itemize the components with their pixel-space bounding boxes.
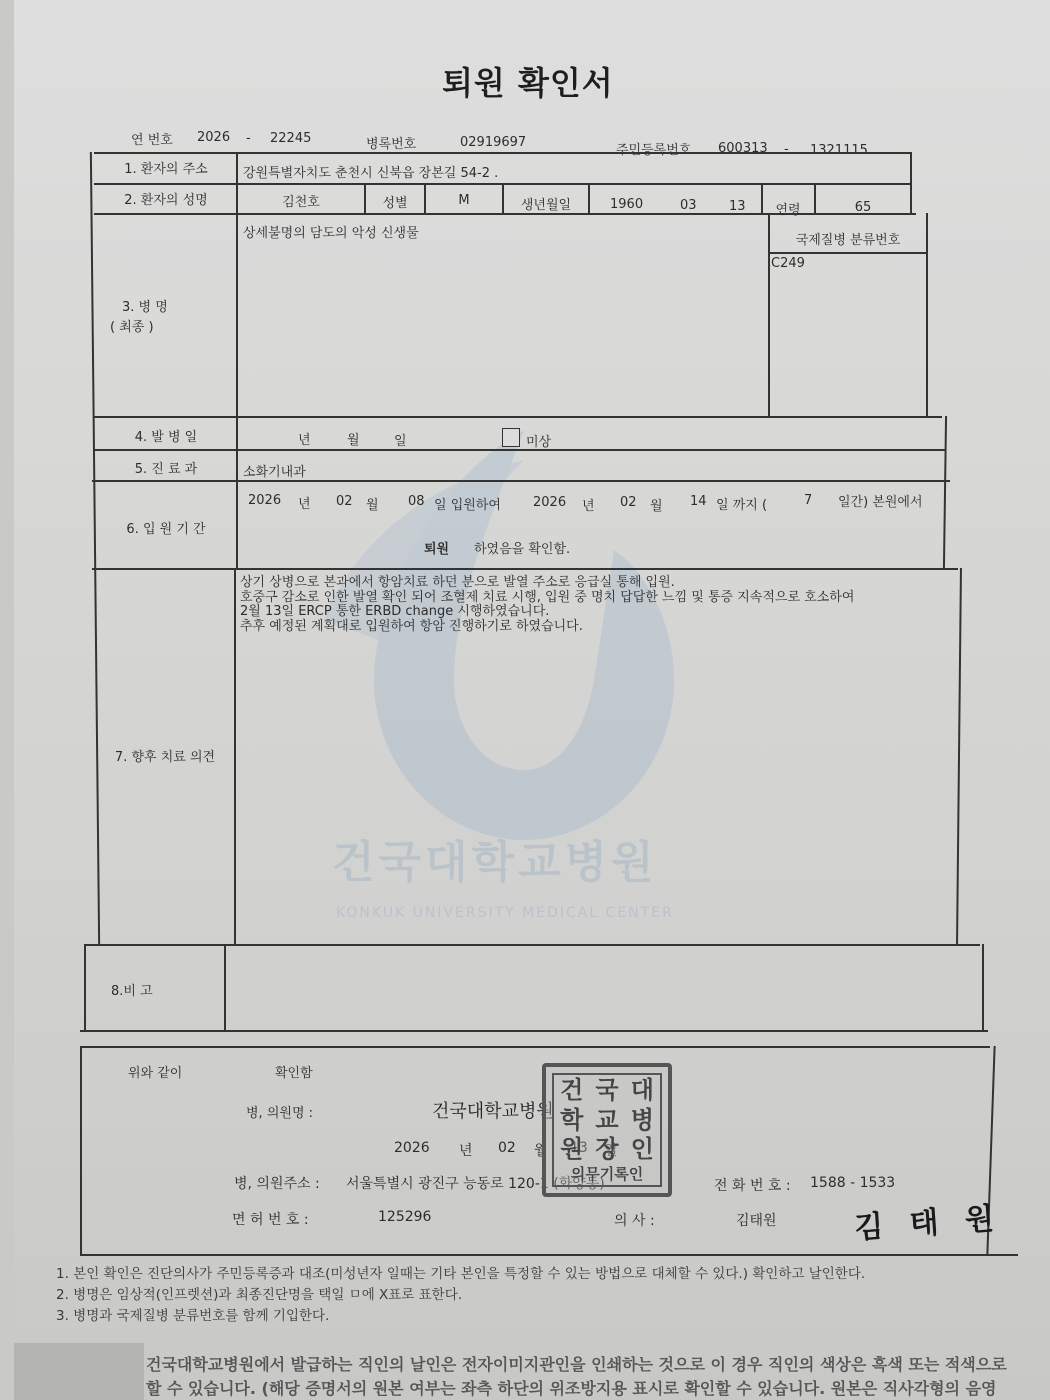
address-value: 강원특별자치도 춘천시 신북읍 장본길 54-2 . [243, 162, 498, 181]
address-label: 1. 환자의 주소 [96, 158, 236, 177]
remarks-label: 8.비 고 [111, 980, 153, 999]
rrn-dash: - [784, 142, 789, 157]
opinion-line: 2월 13일 ERCP 통한 ERBD change 시행하였습니다. [240, 605, 854, 620]
dob-day: 13 [729, 199, 746, 214]
diagnosis-label-line2: ( 최종 ) [98, 316, 236, 335]
doctor-label: 의 사 : [614, 1210, 655, 1230]
sex-label: 성별 [366, 192, 424, 211]
opinion-text: 상기 상병으로 본과에서 항암치료 하던 분으로 발열 주소로 응급실 통해 입… [240, 576, 854, 634]
opinion-line: 추후 예정된 계획대로 입원하여 항암 진행하기로 하였습니다. [240, 620, 854, 635]
record-number: 02919697 [460, 135, 526, 150]
onset-label: 4. 발 병 일 [96, 426, 236, 445]
note-3: 3. 병명과 국제질병 분류번호를 함께 기입한다. [56, 1304, 329, 1324]
hospital-address-label: 병, 의원주소 : [234, 1173, 320, 1193]
hospital-logo-watermark-icon [314, 420, 734, 860]
discharge-bold: 퇴원 [424, 538, 449, 557]
discharge-confirm-text: 하였음을 확인함. [474, 538, 570, 557]
sex-value: M [426, 193, 502, 208]
footer-line-1: 건국대학교병원에서 발급하는 직인의 날인은 전자이미지관인을 인쇄하는 것으로… [146, 1352, 1007, 1375]
seal-char: 학 [554, 1105, 589, 1135]
seal-char: 국 [589, 1075, 624, 1105]
period-label: 6. 입 원 기 간 [96, 518, 236, 537]
seal-char: 건 [554, 1075, 589, 1105]
rrn-front: 600313 [718, 141, 768, 156]
issue-year-unit: 년 [459, 1140, 473, 1160]
end-day-unit: 일 까지 ( [716, 494, 767, 513]
age-label: 연령 [763, 199, 813, 218]
watermark-hospital-name: 건국대학교병원 [332, 826, 658, 890]
dob-year: 1960 [610, 197, 643, 212]
seal-char: 장 [589, 1134, 624, 1164]
opinion-line: 호중구 감소로 인한 발열 확인 되어 조혈제 치료 시행, 입원 중 명치 답… [240, 591, 854, 606]
patient-name: 김천호 [238, 191, 364, 210]
start-day-unit: 일 입원하여 [434, 494, 501, 513]
stay-days-suffix: 일간) 본원에서 [838, 491, 923, 510]
start-year: 2026 [248, 493, 281, 508]
age-value: 65 [816, 200, 910, 215]
license-label: 면 허 번 호 : [232, 1209, 309, 1229]
start-day: 08 [408, 494, 425, 509]
diagnosis-label-line1: 3. 병 명 [98, 296, 236, 315]
seal-char: 대 [625, 1075, 660, 1105]
serial-dash: - [246, 131, 251, 146]
icd-code-label: 국제질병 분류번호 [770, 229, 926, 248]
icd-code-value: C249 [771, 256, 805, 271]
department-label: 5. 진 료 과 [96, 458, 236, 477]
onset-day-unit: 일 [394, 430, 407, 449]
hospital-name: 건국대학교병원 [432, 1097, 554, 1123]
issue-year: 2026 [394, 1140, 430, 1156]
end-year: 2026 [533, 495, 566, 510]
end-month-unit: 월 [650, 495, 663, 514]
end-year-unit: 년 [582, 495, 595, 514]
serial-year: 2026 [197, 130, 230, 145]
serial-number: 22245 [270, 131, 311, 146]
doctor-signature: 김 태 원 [853, 1193, 1004, 1247]
start-year-unit: 년 [298, 493, 311, 512]
start-month-unit: 월 [366, 494, 379, 513]
onset-year-unit: 년 [298, 429, 311, 448]
onset-unknown-label: 미상 [526, 431, 551, 450]
end-month: 02 [620, 495, 637, 510]
hospital-name-label: 병, 의원명 : [246, 1102, 313, 1121]
phone-label: 전 화 번 호 : [714, 1175, 791, 1195]
watermark-english-name: KONKUK UNIVERSITY MEDICAL CENTER [336, 905, 674, 921]
start-month: 02 [336, 494, 353, 509]
license-number: 125296 [378, 1209, 431, 1225]
document-title: 퇴원 확인서 [442, 58, 614, 104]
stay-days: 7 [804, 493, 812, 508]
rrn-back: 1321115 [810, 143, 868, 158]
document-page: 건국대학교병원 KONKUK UNIVERSITY MEDICAL CENTER… [14, 0, 1050, 1400]
footer-line-2: 할 수 있습니다. (해당 증명서의 원본 여부는 좌측 하단의 위조방지용 표… [146, 1376, 996, 1399]
end-day: 14 [690, 494, 707, 509]
confirmed-text: 확인함 [275, 1062, 313, 1081]
onset-unknown-checkbox[interactable] [502, 428, 520, 447]
opinion-label: 7. 향후 치료 의견 [96, 746, 234, 765]
seal-char: 교 [589, 1105, 624, 1135]
record-label: 병록번호 [366, 133, 416, 152]
opinion-line: 상기 상병으로 본과에서 항암치료 하던 분으로 발열 주소로 응급실 통해 입… [240, 576, 854, 591]
official-seal-icon: 건 국 대 학 교 병 원 장 인 의무기록인 [542, 1063, 672, 1197]
onset-month-unit: 월 [347, 429, 360, 448]
dob-month: 03 [680, 198, 697, 213]
serial-label: 연 번호 [131, 129, 173, 148]
diagnosis-value: 상세불명의 담도의 악성 신생물 [243, 222, 419, 241]
dob-label: 생년월일 [504, 194, 588, 213]
seal-char: 원 [554, 1134, 589, 1164]
seal-char: 병 [625, 1105, 660, 1135]
doctor-name: 김태원 [736, 1210, 777, 1230]
department-value: 소화기내과 [243, 461, 306, 480]
note-1: 1. 본인 확인은 진단의사가 주민등록증과 대조(미성년자 일때는 기타 본인… [56, 1262, 865, 1282]
issue-month: 02 [498, 1140, 516, 1156]
rrn-label: 주민등록번호 [616, 139, 691, 158]
seal-char: 인 [625, 1134, 660, 1164]
name-label: 2. 환자의 성명 [96, 189, 236, 208]
anti-forgery-mark [14, 1343, 144, 1400]
as-above-text: 위와 같이 [128, 1062, 182, 1081]
phone-value: 1588 - 1533 [810, 1175, 895, 1191]
note-2: 2. 병명은 임상적(인프렛션)과 최종진단명을 택일 ㅁ에 X표로 표한다. [56, 1283, 462, 1303]
seal-bottom-text: 의무기록인 [554, 1164, 660, 1185]
